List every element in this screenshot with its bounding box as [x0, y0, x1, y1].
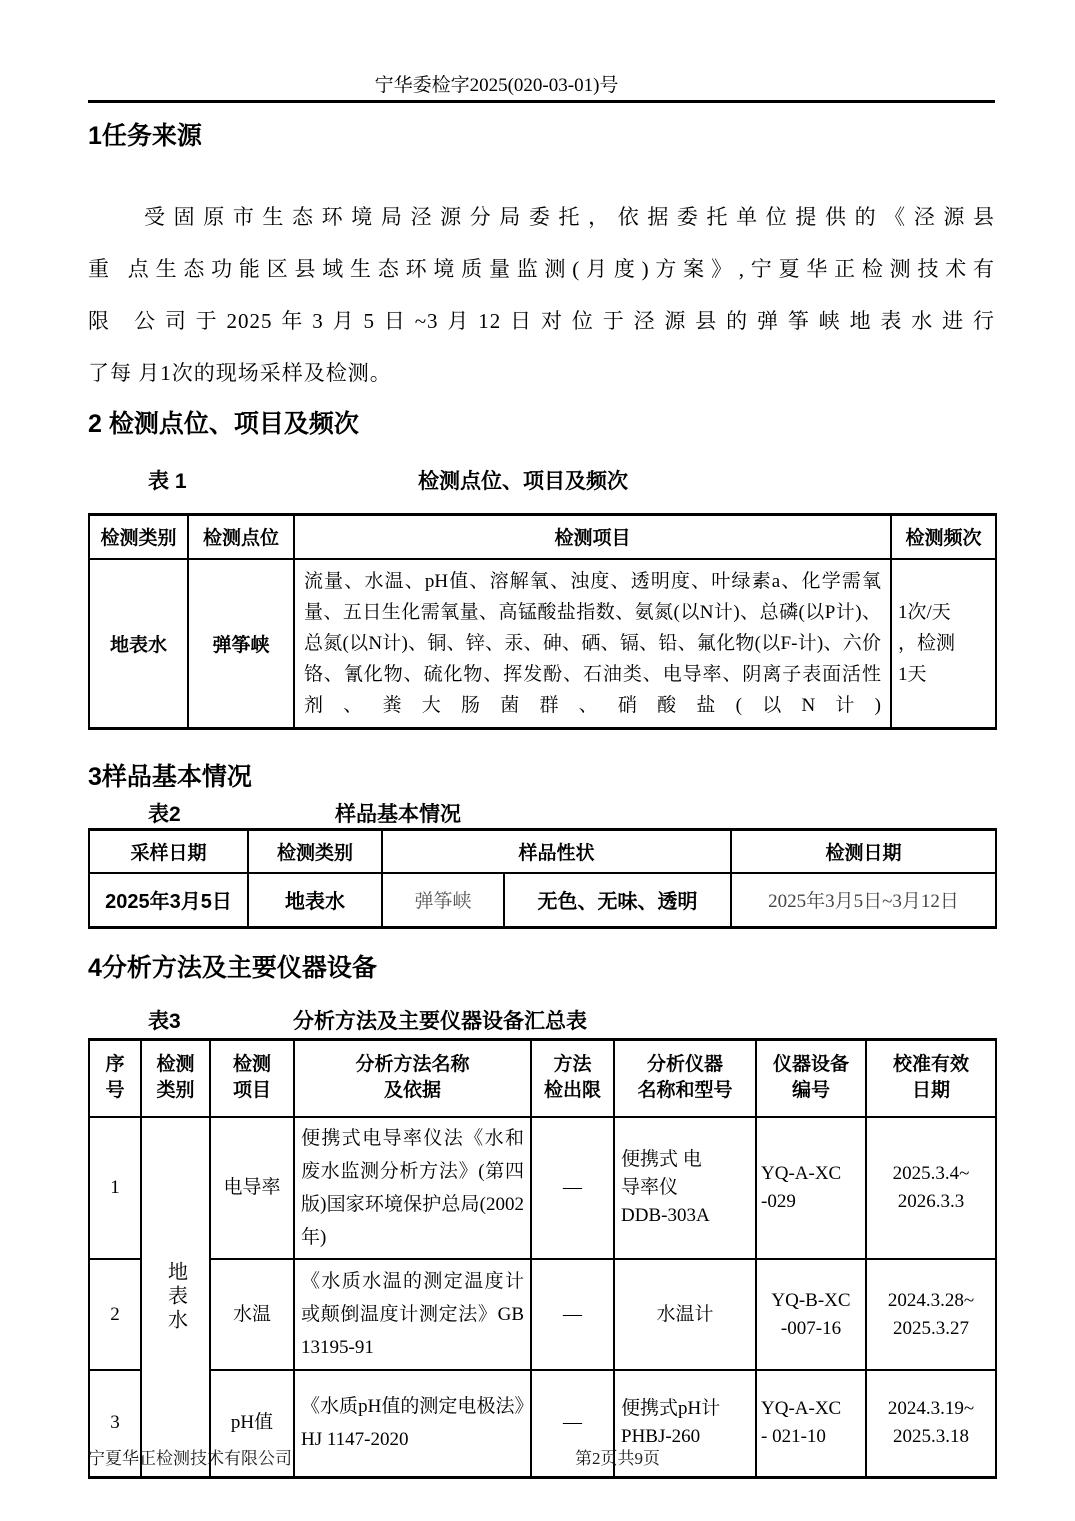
table3-header-category: 检测 类别 — [141, 1039, 210, 1117]
table3-cell-code: YQ-B-XC -007-16 — [756, 1259, 866, 1370]
table2-cell-sample-date: 2025年3月5日 — [89, 873, 248, 927]
table3-header-item: 检测 项目 — [210, 1039, 294, 1117]
table2-header-sample-date: 采样日期 — [89, 829, 248, 873]
table2-cell-character: 无色、无味、透明 — [504, 873, 731, 927]
table2-cell-category: 地表水 — [248, 873, 382, 927]
footer-page-number: 第2页共9页 — [575, 1444, 660, 1469]
table2-sample-info: 采样日期 检测类别 样品性状 检测日期 2025年3月5日 地表水 弹筝峡 无色… — [88, 828, 997, 929]
table3-header-no: 序 号 — [89, 1039, 141, 1117]
table3-caption: 表3 分析方法及主要仪器设备汇总表 — [88, 1005, 995, 1033]
table1-title: 检测点位、项目及频次 — [418, 465, 628, 495]
table2-cell-site: 弹筝峡 — [382, 873, 504, 927]
table3-header-valid: 校准有效 日期 — [866, 1039, 996, 1117]
table1-cell-category: 地表水 — [89, 559, 188, 729]
footer-company: 宁夏华正检测技术有限公司 — [88, 1449, 292, 1468]
table1-label: 表 1 — [148, 465, 187, 495]
table3-row-1: 1 地表水 电导率 便携式电导率仪法《水和废水监测分析方法》(第四版)国家环境保… — [89, 1117, 996, 1259]
table1-data-row: 地表水 弹筝峡 流量、水温、pH值、溶解氧、浊度、透明度、叶绿素a、化学需氧量、… — [89, 559, 996, 729]
table3-header-row: 序 号 检测 类别 检测 项目 分析方法名称 及依据 方法 检出限 分析仪器 名… — [89, 1039, 996, 1117]
table1-header-items: 检测项目 — [294, 515, 891, 559]
page-footer: 宁夏华正检测技术有限公司 第2页共9页 — [88, 1444, 995, 1469]
table3-methods-instruments: 序 号 检测 类别 检测 项目 分析方法名称 及依据 方法 检出限 分析仪器 名… — [88, 1038, 997, 1479]
paragraph-line: 受固原市生态环境局泾源分局委托，依据委托单位提供的《泾源县 — [88, 191, 995, 243]
table1-header-site: 检测点位 — [188, 515, 294, 559]
document-number-header: 宁华委检字2025(020-03-01)号 — [88, 70, 995, 103]
table3-cell-instrument: 水温计 — [614, 1259, 756, 1370]
section-3-title: 3样品基本情况 — [88, 762, 995, 792]
table3-row-2: 2 水温 《水质水温的测定温度计或颠倒温度计测定法》GB 13195-91 — … — [89, 1259, 996, 1370]
paragraph-line: 重 点生态功能区县域生态环境质量监测(月度)方案》,宁夏华正检测技术有 — [88, 243, 995, 295]
table3-title: 分析方法及主要仪器设备汇总表 — [293, 1005, 587, 1035]
table3-cell-valid: 2025.3.4~ 2026.3.3 — [866, 1117, 996, 1259]
table3-cell-no: 2 — [89, 1259, 141, 1370]
table2-cell-test-date: 2025年3月5日~3月12日 — [731, 873, 996, 927]
table3-header-code: 仪器设备 编号 — [756, 1039, 866, 1117]
table3-cell-item: 水温 — [210, 1259, 294, 1370]
section-4-title: 4分析方法及主要仪器设备 — [88, 953, 995, 983]
table1-monitoring-points: 检测类别 检测点位 检测项目 检测频次 地表水 弹筝峡 流量、水温、pH值、溶解… — [88, 513, 997, 730]
table3-cell-instrument: 便携式 电 导率仪 DDB-303A — [614, 1117, 756, 1259]
table2-data-row: 2025年3月5日 地表水 弹筝峡 无色、无味、透明 2025年3月5日~3月1… — [89, 873, 996, 927]
table1-cell-site: 弹筝峡 — [188, 559, 294, 729]
table1-header-category: 检测类别 — [89, 515, 188, 559]
table3-header-method: 分析方法名称 及依据 — [294, 1039, 531, 1117]
page-content: 1任务来源 受固原市生态环境局泾源分局委托，依据委托单位提供的《泾源县 重 点生… — [88, 121, 995, 1479]
section-1-title: 1任务来源 — [88, 121, 995, 151]
table1-header-row: 检测类别 检测点位 检测项目 检测频次 — [89, 515, 996, 559]
table3-cell-method: 《水质水温的测定温度计或颠倒温度计测定法》GB 13195-91 — [294, 1259, 531, 1370]
table2-title: 样品基本情况 — [335, 798, 461, 828]
document-number: 宁华委检字2025(020-03-01)号 — [375, 70, 619, 97]
report-page: 宁华委检字2025(020-03-01)号 1任务来源 受固原市生态环境局泾源分… — [0, 0, 1075, 1521]
table3-cell-method: 便携式电导率仪法《水和废水监测分析方法》(第四版)国家环境保护总局(2002年) — [294, 1117, 531, 1259]
table2-caption: 表2 样品基本情况 — [88, 798, 995, 826]
table2-header-row: 采样日期 检测类别 样品性状 检测日期 — [89, 829, 996, 873]
table2-header-category: 检测类别 — [248, 829, 382, 873]
table3-cell-limit: — — [531, 1117, 614, 1259]
table3-header-instrument: 分析仪器 名称和型号 — [614, 1039, 756, 1117]
table3-cell-code: YQ-A-XC -029 — [756, 1117, 866, 1259]
table1-header-frequency: 检测频次 — [891, 515, 996, 559]
table3-cell-category: 地表水 — [141, 1117, 210, 1477]
table2-label: 表2 — [148, 798, 181, 828]
table3-cell-item: 电导率 — [210, 1117, 294, 1259]
section-2-title: 2 检测点位、项目及频次 — [88, 409, 995, 439]
table3-cell-valid: 2024.3.28~ 2025.3.27 — [866, 1259, 996, 1370]
paragraph-line: 限 公司于2025年3月5日~3月12日对位于泾源县的弹筝峡地表水进行 — [88, 295, 995, 347]
table2-header-character: 样品性状 — [382, 829, 731, 873]
task-source-paragraph: 受固原市生态环境局泾源分局委托，依据委托单位提供的《泾源县 重 点生态功能区县域… — [88, 191, 995, 399]
paragraph-line: 了每 月1次的现场采样及检测。 — [88, 347, 995, 399]
table3-cell-limit: — — [531, 1259, 614, 1370]
table1-cell-frequency: 1次/天 ，检测 1天 — [891, 559, 996, 729]
table3-cell-no: 1 — [89, 1117, 141, 1259]
table3-label: 表3 — [148, 1005, 181, 1035]
table1-cell-items: 流量、水温、pH值、溶解氧、浊度、透明度、叶绿素a、化学需氧量、五日生化需氧量、… — [294, 559, 891, 729]
table2-header-test-date: 检测日期 — [731, 829, 996, 873]
table1-caption: 表 1 检测点位、项目及频次 — [88, 465, 995, 493]
table3-header-limit: 方法 检出限 — [531, 1039, 614, 1117]
